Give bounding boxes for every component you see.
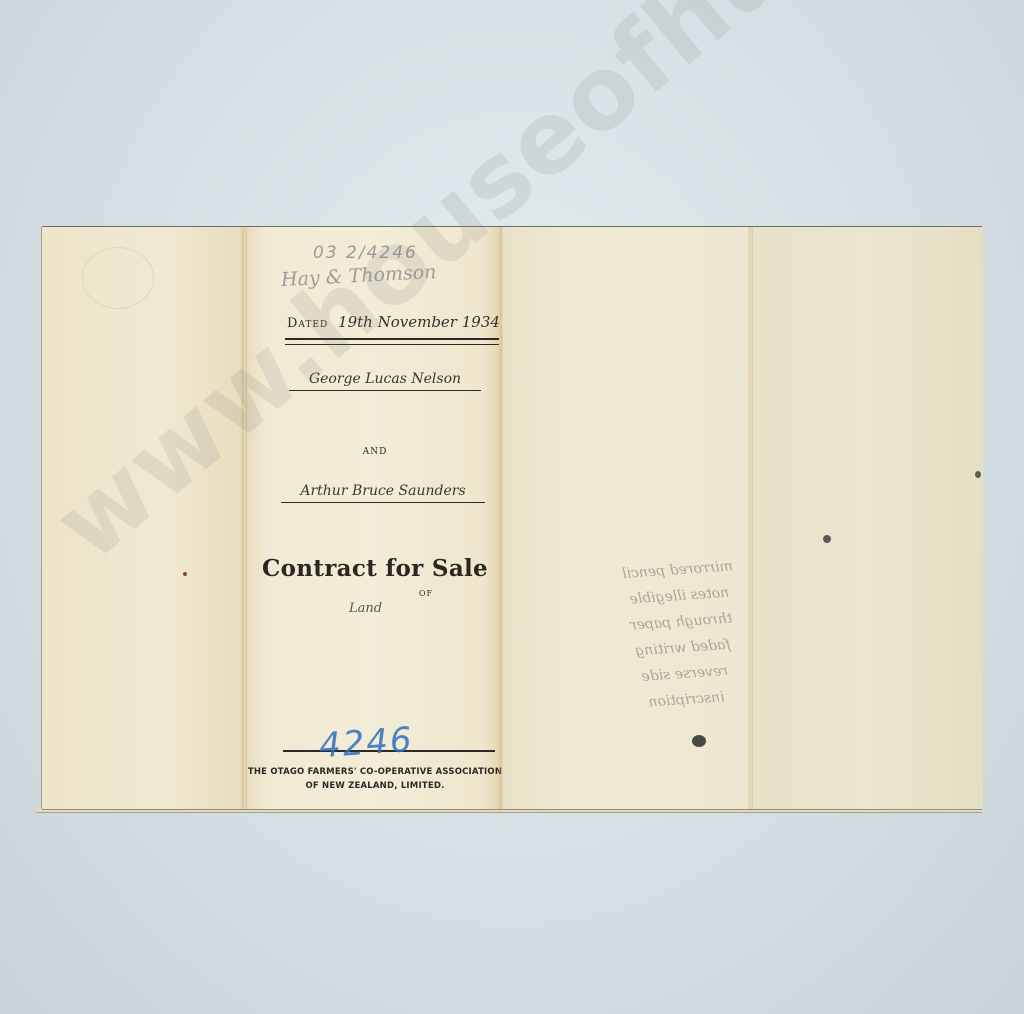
dated-value: 19th November 1934	[338, 313, 500, 331]
right-back-panel	[752, 227, 983, 809]
cover-content: 03 2/4246 Hay & Thomson Dated 19th Novem…	[247, 227, 503, 809]
fold-crease	[498, 227, 504, 809]
publisher-line-1: THE OTAGO FARMERS' CO-OPERATIVE ASSOCIAT…	[247, 765, 503, 779]
folded-legal-document: 03 2/4246 Hay & Thomson Dated 19th Novem…	[42, 227, 982, 809]
ink-blot	[692, 735, 706, 747]
party-1-name: George Lucas Nelson	[289, 371, 481, 391]
pencil-reference-number: 03 2/4246	[313, 243, 418, 263]
fold-crease	[747, 227, 753, 809]
pencil-reference-name: Hay & Thomson	[281, 261, 437, 291]
publisher-line-2: OF NEW ZEALAND, LIMITED.	[247, 779, 503, 793]
foxing-spot	[183, 572, 187, 576]
dated-row: Dated 19th November 1934	[287, 313, 499, 331]
publisher-imprint: THE OTAGO FARMERS' CO-OPERATIVE ASSOCIAT…	[247, 765, 503, 793]
of-label: OF	[349, 589, 503, 598]
blue-file-number: 4246	[318, 720, 415, 766]
dated-label: Dated	[287, 316, 328, 331]
faint-circle-stain	[82, 247, 154, 309]
fold-crease	[240, 227, 246, 809]
document-photo: 03 2/4246 Hay & Thomson Dated 19th Novem…	[0, 0, 1024, 1014]
inner-panel: mirrored pencil notes illegible through …	[502, 227, 752, 809]
party-2-name: Arthur Bruce Saunders	[281, 483, 485, 503]
cover-panel: 03 2/4246 Hay & Thomson Dated 19th Novem…	[246, 227, 504, 809]
and-label: AND	[247, 447, 503, 457]
document-title: Contract for Sale	[247, 555, 503, 582]
double-rule-divider	[285, 338, 499, 345]
ink-spot	[823, 535, 831, 543]
left-back-panel	[42, 227, 246, 809]
edge-spot	[975, 471, 981, 478]
subject-land: Land	[349, 601, 382, 616]
